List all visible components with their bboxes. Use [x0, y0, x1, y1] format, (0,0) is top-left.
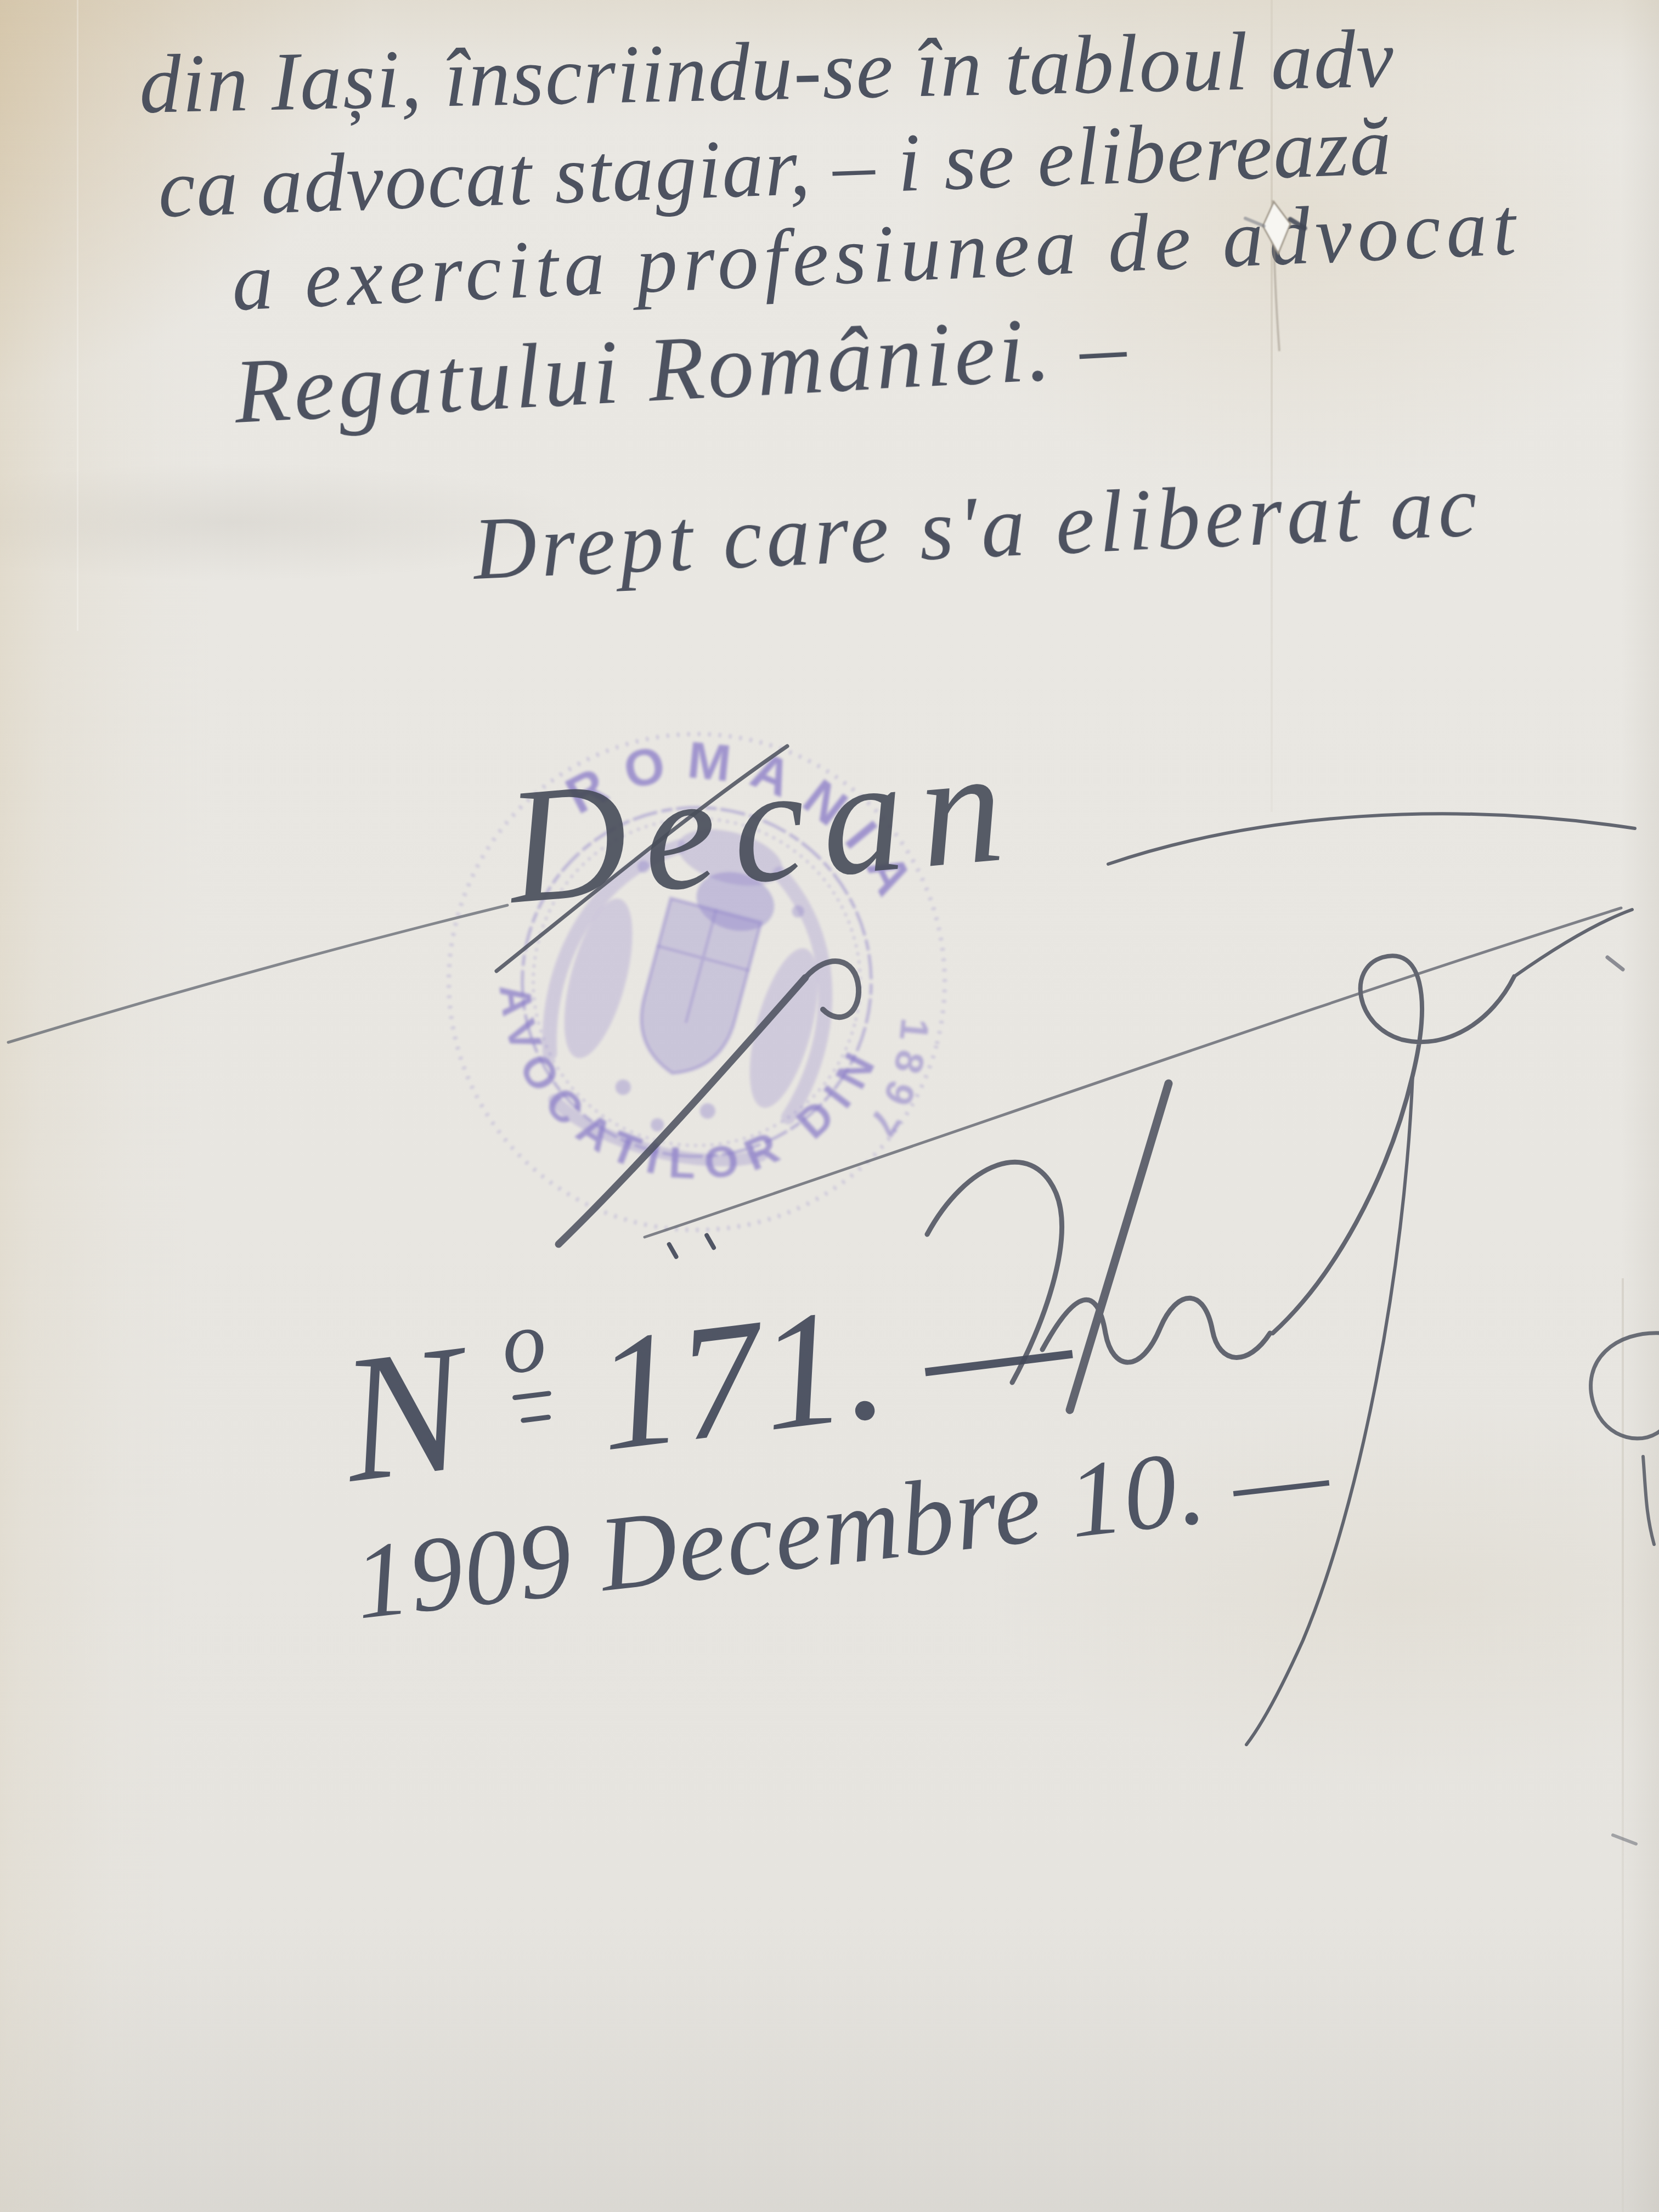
handwritten-text-block: din Iași, înscriindu-se în tabloul adv c…: [138, 12, 1523, 598]
registry-number-sup: o: [495, 1291, 551, 1393]
document-photo: ROMANIA AVOCATILOR DIN 1897: [0, 0, 1659, 2212]
handwritten-line-5: Drept care s'a eliberat ac: [470, 456, 1483, 598]
edge-writing-fragment: [1591, 1333, 1659, 1844]
registry-number-n: N: [329, 1306, 485, 1521]
document-ink-layer: ROMANIA AVOCATILOR DIN 1897: [0, 0, 1659, 2212]
